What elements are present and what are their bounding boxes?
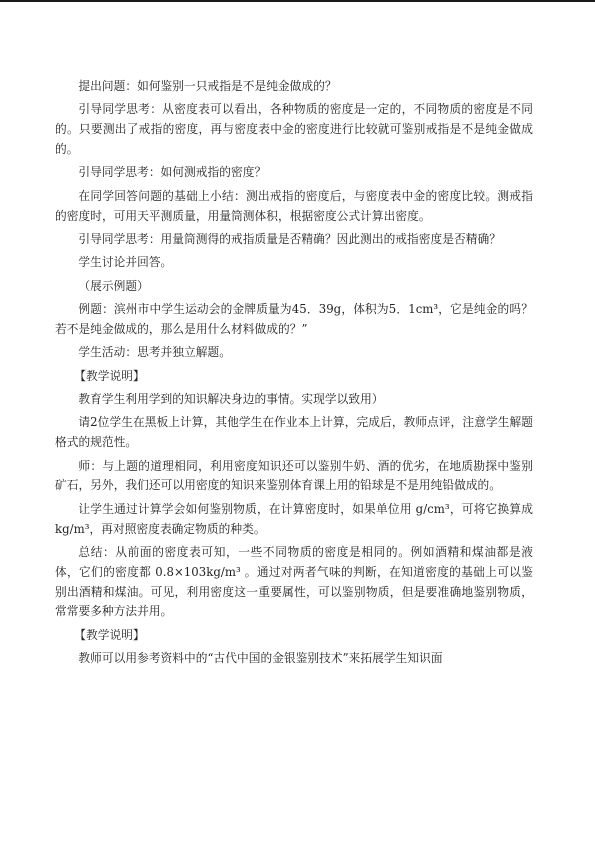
paragraph-guide-density-table: 引导同学思考：从密度表可以看出，各种物质的密度是一定的，不同物质的密度是不同的。… [55, 100, 533, 159]
document-body: 提出问题：如何鉴别一只戒指是不是纯金做成的？ 引导同学思考：从密度表可以看出，各… [55, 77, 533, 673]
paragraph-example-problem: 例题：滨州市中学生运动会的金牌质量为45．39g，体积为5．1cm³，它是纯金的… [55, 300, 533, 340]
paragraph-teaching-goal: 教育学生利用学到的知识解决身边的事情。实现学以致用） [55, 390, 533, 410]
paragraph-reference-material: 教师可以用参考资料中的“古代中国的金银鉴别技术”来拓展学生知识面 [55, 649, 533, 669]
teaching-note-heading-2: 【教学说明】 [55, 626, 533, 646]
paragraph-guide-accuracy: 引导同学思考：用量筒测得的戒指质量是否精确？因此测出的戒指密度是否精确？ [55, 230, 533, 250]
paragraph-blackboard-calc: 请2位学生在黑板上计算，其他学生在作业本上计算，完成后，教师点评，注意学生解题格… [55, 413, 533, 453]
paragraph-guide-measure: 引导同学思考：如何测戒指的密度？ [55, 163, 533, 183]
paragraph-question: 提出问题：如何鉴别一只戒指是不是纯金做成的？ [55, 77, 533, 97]
paragraph-show-example: （展示例题） [55, 277, 533, 297]
paragraph-student-discussion: 学生讨论并回答。 [55, 253, 533, 273]
paragraph-summary-method: 在同学回答问题的基础上小结：测出戒指的密度后，与密度表中金的密度比较。测戒指的密… [55, 187, 533, 227]
paragraph-conclusion: 总结：从前面的密度表可知，一些不同物质的密度是相同的。例如酒精和煤油都是液体，它… [55, 543, 533, 622]
paragraph-unit-conversion: 让学生通过计算学会如何鉴别物质，在计算密度时，如果单位用 g/cm³，可将它换算… [55, 500, 533, 540]
paragraph-teacher-remarks: 师：与上题的道理相同，利用密度知识还可以鉴别牛奶、酒的优劣，在地质勘探中鉴别矿石… [55, 457, 533, 497]
teaching-note-heading: 【教学说明】 [55, 367, 533, 387]
page-top-border [0, 0, 595, 2]
paragraph-student-activity: 学生活动：思考并独立解题。 [55, 343, 533, 363]
